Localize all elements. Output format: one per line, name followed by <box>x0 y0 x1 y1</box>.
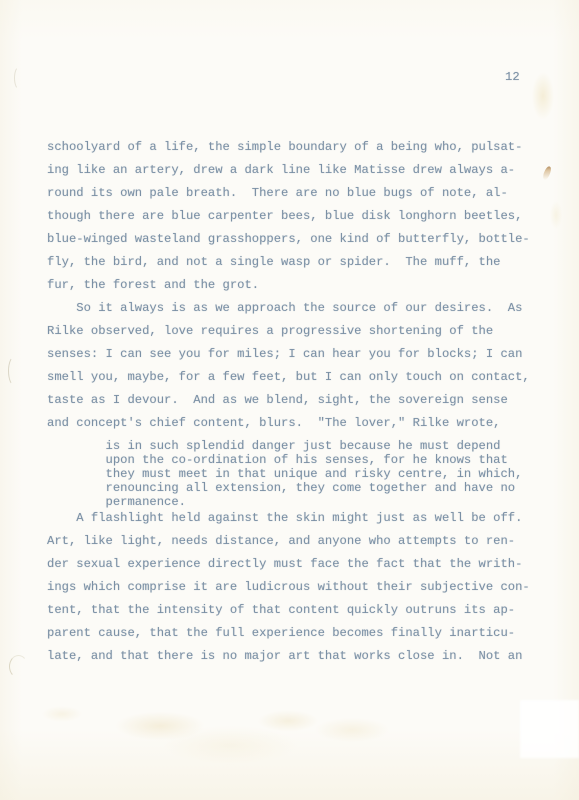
paragraph-opening: schoolyard of a life, the simple boundar… <box>47 136 547 435</box>
text-line: der sexual experience directly must face… <box>47 553 547 576</box>
text-line: and concept's chief content, blurs. "The… <box>47 412 547 435</box>
text-line: fur, the forest and the grot. <box>47 274 547 297</box>
text-line: though there are blue carpenter bees, bl… <box>47 205 547 228</box>
text-line: schoolyard of a life, the simple boundar… <box>47 136 547 159</box>
text-line: is in such splendid danger just because … <box>47 439 547 453</box>
text-line: fly, the bird, and not a single wasp or … <box>47 251 547 274</box>
rilke-blockquote: is in such splendid danger just because … <box>47 439 547 509</box>
text-line: smell you, maybe, for a few feet, but I … <box>47 366 547 389</box>
text-line: renouncing all extension, they come toge… <box>47 481 547 495</box>
text-line: tent, that the intensity of that content… <box>47 599 547 622</box>
text-line: late, and that there is no major art tha… <box>47 645 547 668</box>
text-line: ings which comprise it are ludicrous wit… <box>47 576 547 599</box>
bottom-right-bright-patch <box>520 700 579 758</box>
text-line: taste as I devour. And as we blend, sigh… <box>47 389 547 412</box>
paragraph-closing: A flashlight held against the skin might… <box>47 507 547 668</box>
text-line: parent cause, that the full experience b… <box>47 622 547 645</box>
faint-paper-mark-bottom <box>9 655 28 678</box>
text-line: A flashlight held against the skin might… <box>47 507 547 530</box>
text-line: ing like an artery, drew a dark line lik… <box>47 159 547 182</box>
text-line: Art, like light, needs distance, and any… <box>47 530 547 553</box>
faint-paper-mark-top <box>14 66 25 90</box>
text-line: So it always is as we approach the sourc… <box>47 297 547 320</box>
faint-paper-mark-middle <box>8 356 21 386</box>
text-line: upon the co-ordination of his senses, fo… <box>47 453 547 467</box>
page-number: 12 <box>505 66 520 89</box>
text-line: senses: I can see you for miles; I can h… <box>47 343 547 366</box>
text-line: round its own pale breath. There are no … <box>47 182 547 205</box>
text-line: Rilke observed, love requires a progress… <box>47 320 547 343</box>
scanned-page: 12 schoolyard of a life, the simple boun… <box>0 0 579 800</box>
text-line: they must meet in that unique and risky … <box>47 467 547 481</box>
text-line: blue-winged wasteland grasshoppers, one … <box>47 228 547 251</box>
typewritten-text-column: schoolyard of a life, the simple boundar… <box>47 136 547 668</box>
